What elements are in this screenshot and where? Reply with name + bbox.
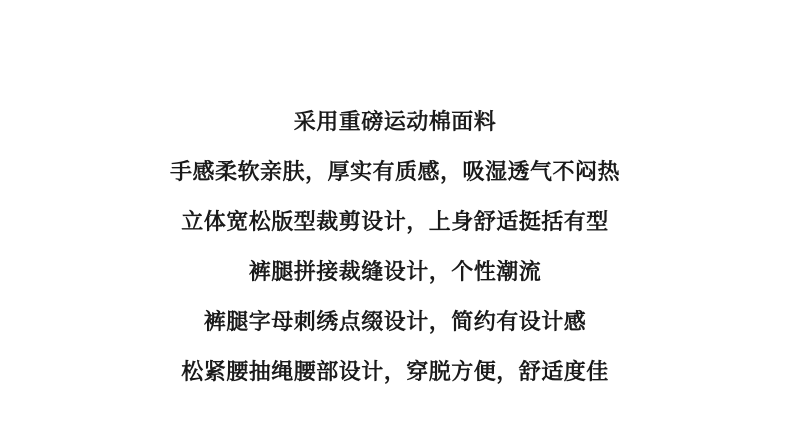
- description-line-embroidery: 裤腿字母刺绣点缀设计，简约有设计感: [0, 297, 790, 347]
- description-line-fabric: 采用重磅运动棉面料: [0, 97, 790, 147]
- product-description-block: 采用重磅运动棉面料 手感柔软亲肤，厚实有质感，吸湿透气不闷热 立体宽松版型裁剪设…: [0, 0, 790, 397]
- description-line-legs-splice: 裤腿拼接裁缝设计，个性潮流: [0, 247, 790, 297]
- description-line-waist: 松紧腰抽绳腰部设计，穿脱方便，舒适度佳: [0, 347, 790, 397]
- description-line-fit: 立体宽松版型裁剪设计，上身舒适挺括有型: [0, 197, 790, 247]
- description-line-feel: 手感柔软亲肤，厚实有质感，吸湿透气不闷热: [0, 147, 790, 197]
